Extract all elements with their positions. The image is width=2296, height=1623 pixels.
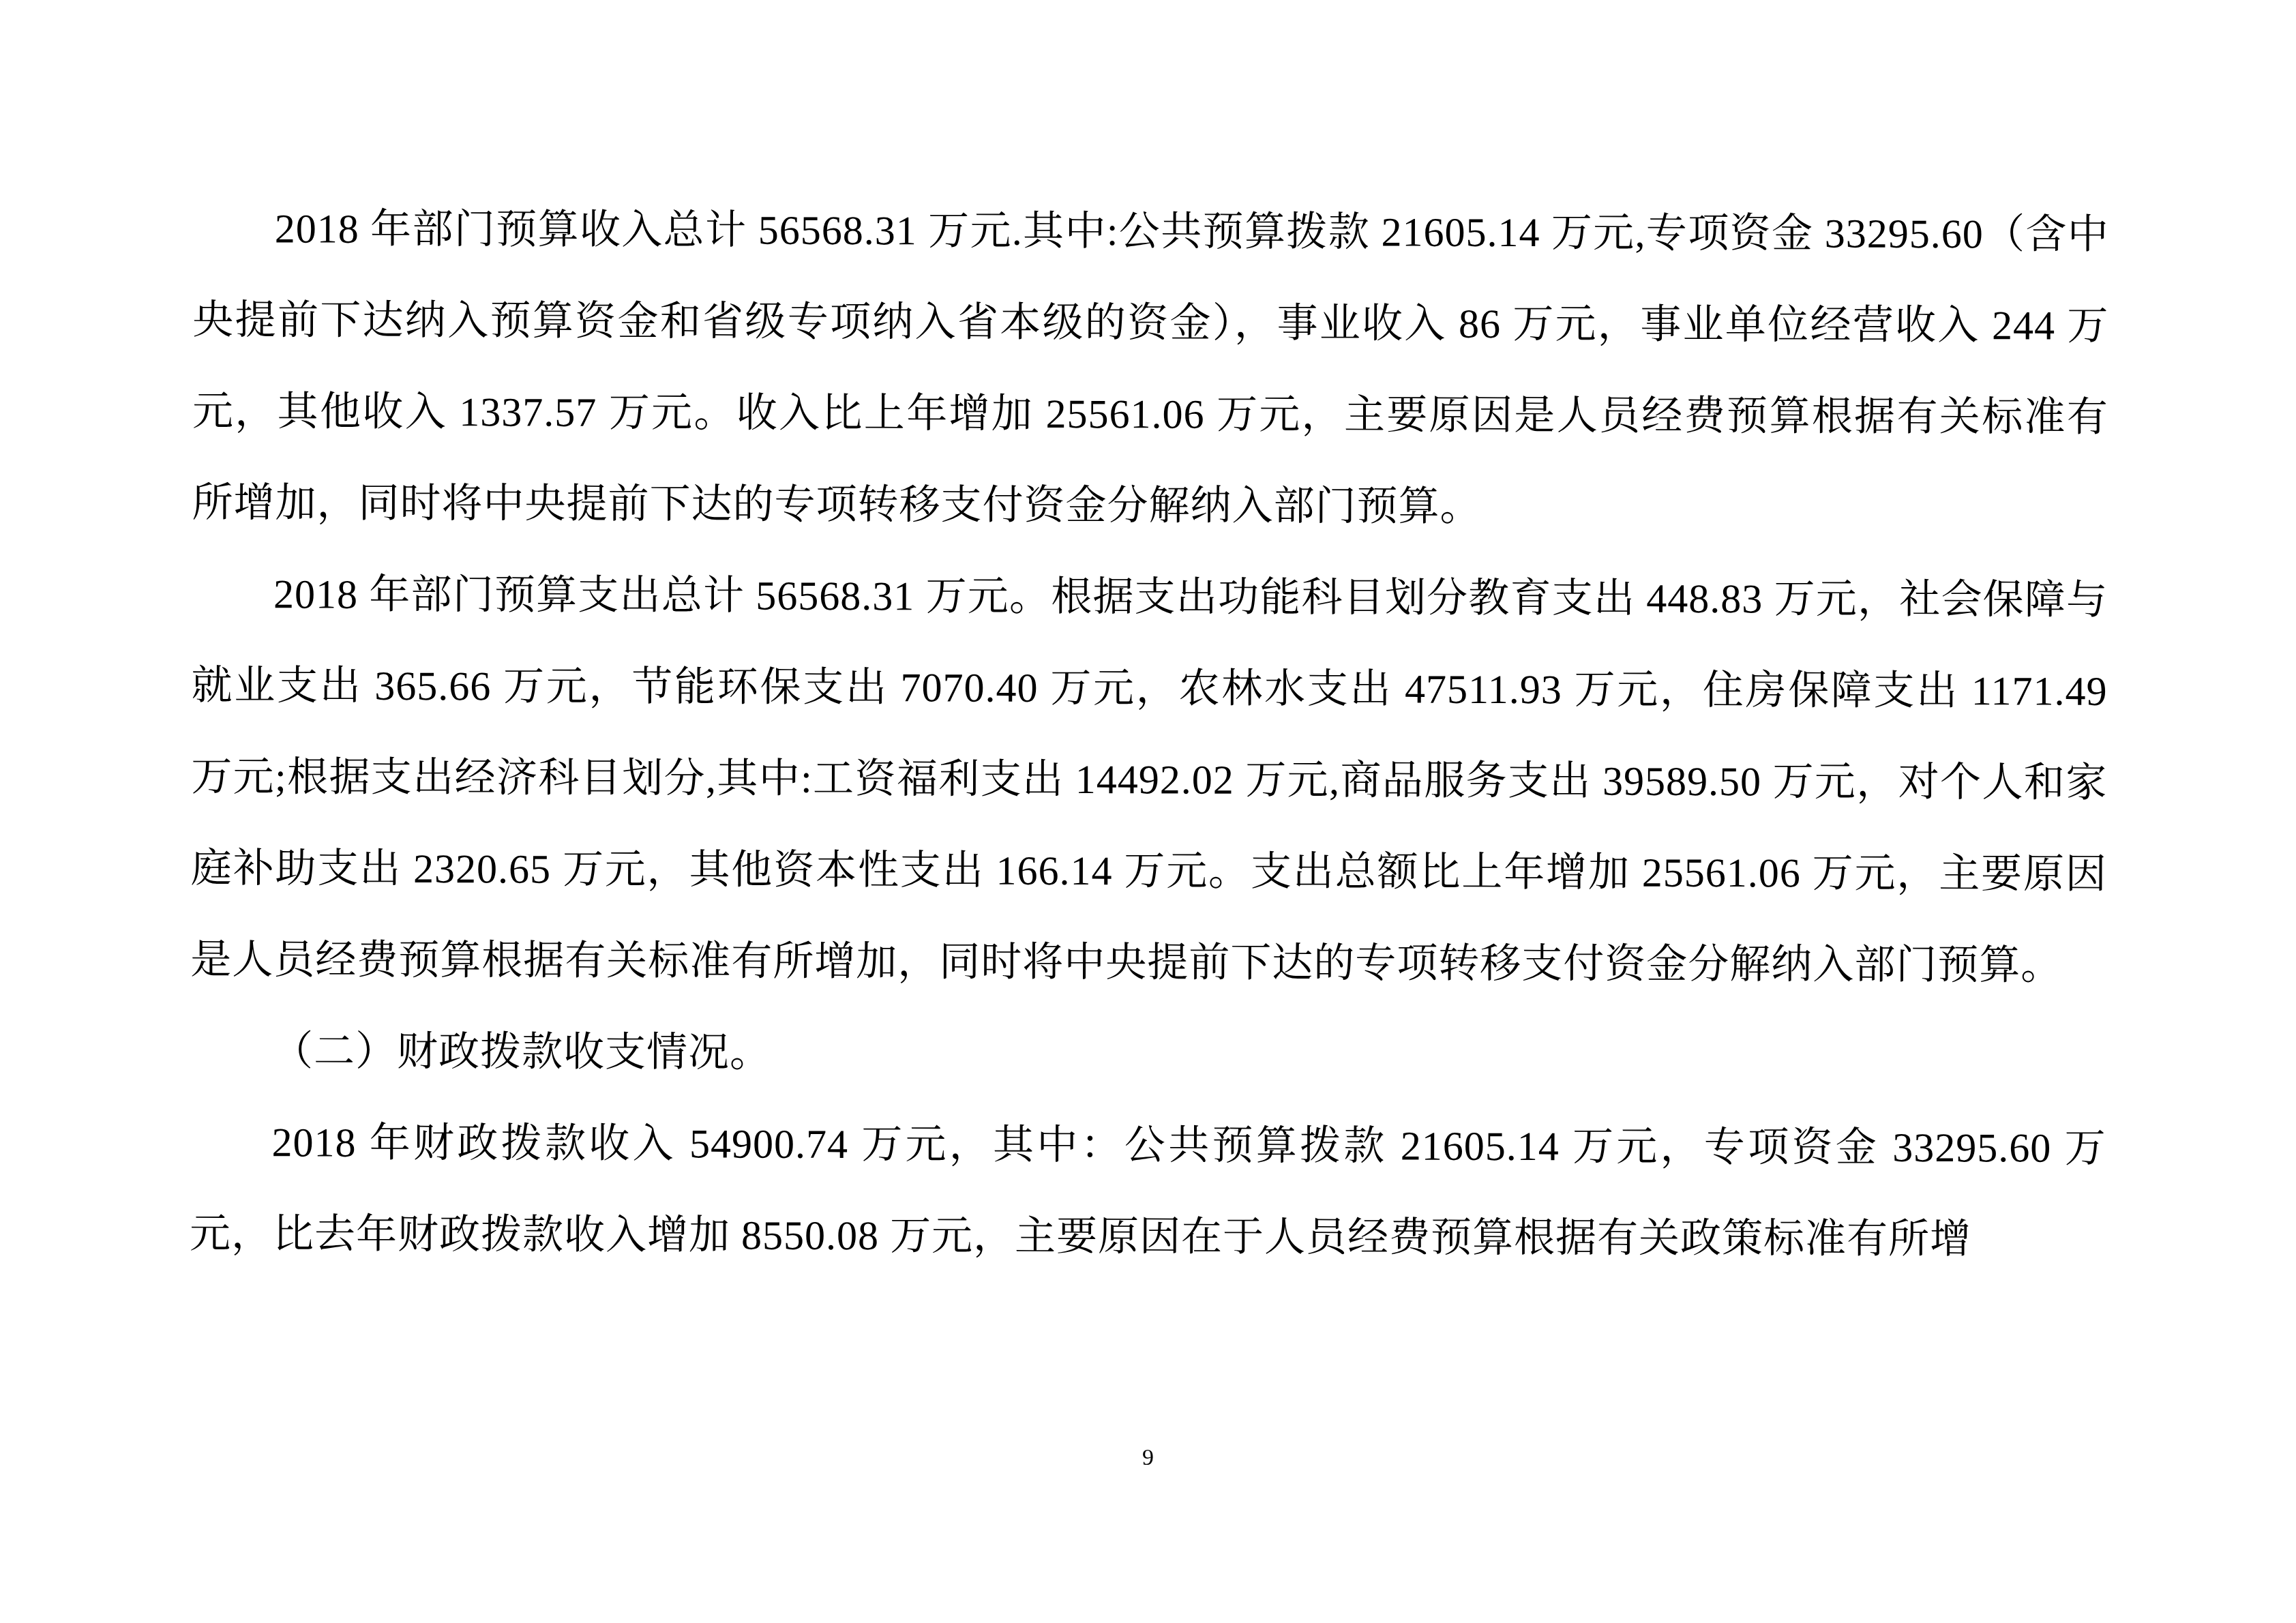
document-body-text: 2018 年部门预算收入总计 56568.31 万元.其中:公共预算拨款 216… [190,183,2109,1285]
paragraph-budget-income: 2018 年部门预算收入总计 56568.31 万元.其中:公共预算拨款 216… [192,183,2109,554]
paragraph-fiscal-appropriation-income: 2018 年财政拨款收入 54900.74 万元，其中：公共预算拨款 21605… [190,1097,2106,1285]
paragraph-section-heading-fiscal-appropriation: （二）财政拨款收支情况。 [190,1005,2106,1103]
document-page: 2018 年部门预算收入总计 56568.31 万元.其中:公共预算拨款 216… [0,0,2296,1623]
page-footer: 9 [0,1444,2296,1472]
page-number: 9 [1142,1445,1154,1470]
paragraph-budget-expenditure: 2018 年部门预算支出总计 56568.31 万元。根据支出功能科目划分教育支… [190,548,2108,1011]
